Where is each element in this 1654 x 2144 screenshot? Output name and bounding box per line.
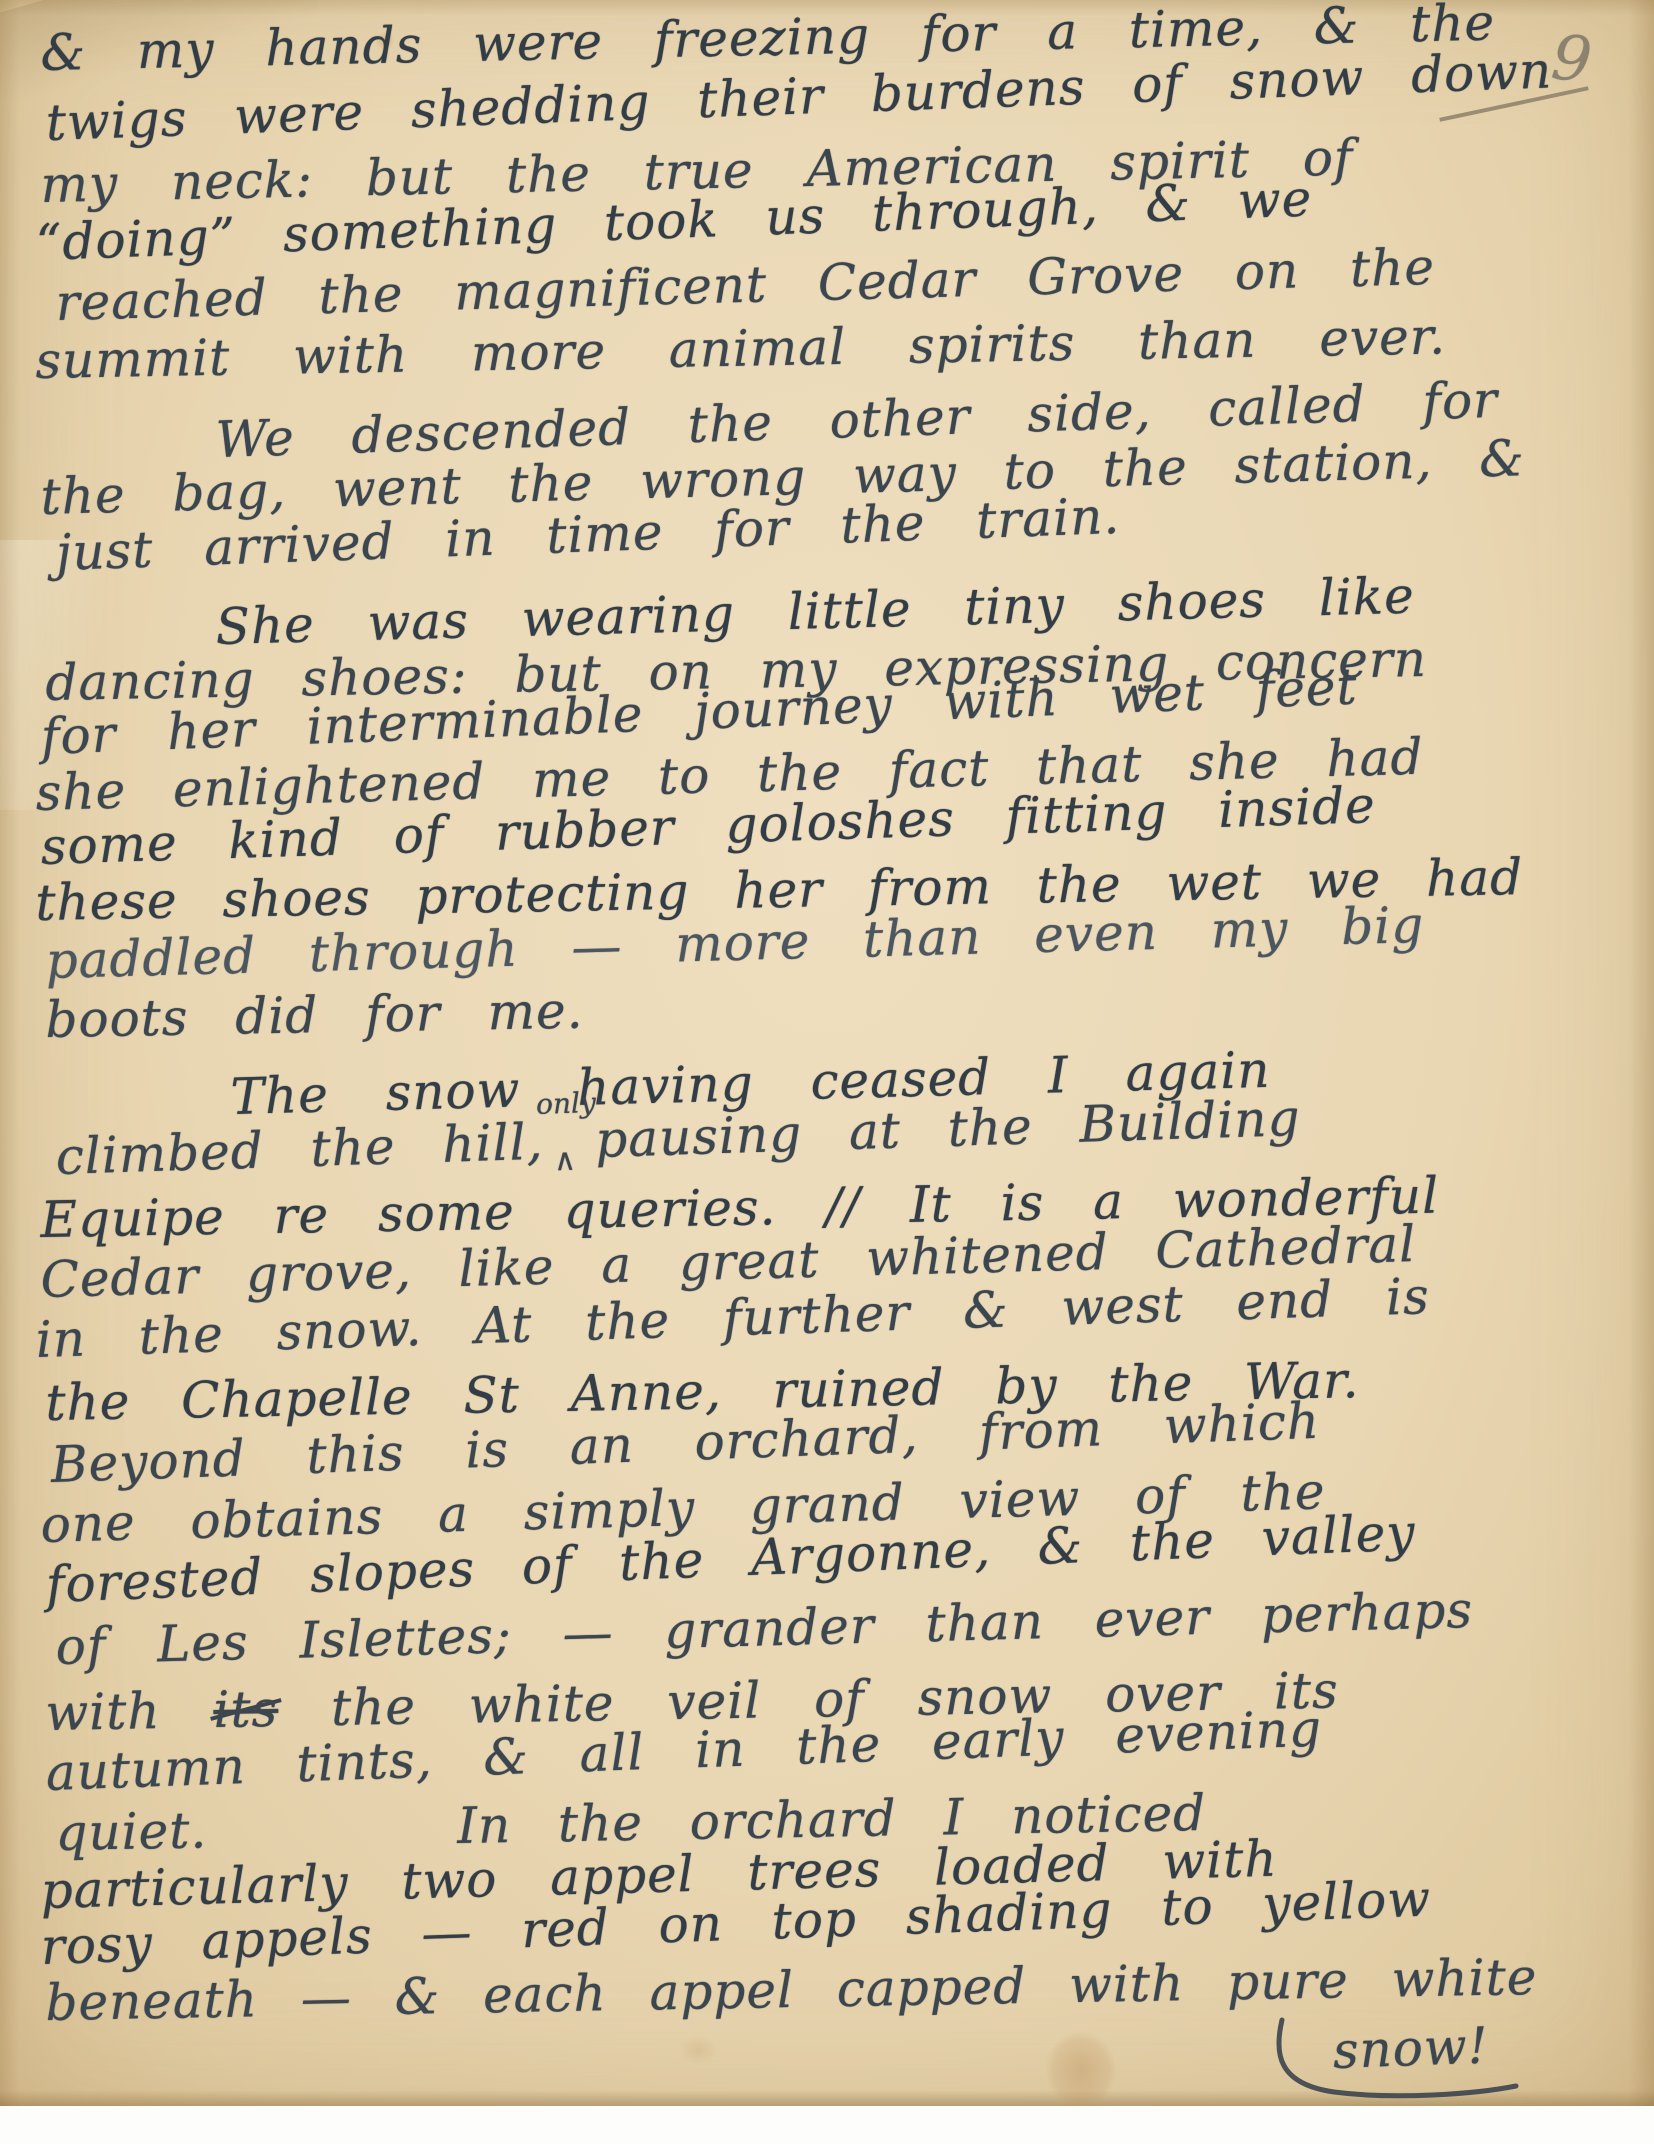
inserted-word: only: [536, 1089, 597, 1119]
scan-edge: [0, 2106, 1654, 2144]
insertion-slot: only∧: [544, 1157, 596, 1159]
scanned-letter-canvas: 9 & my hands were freezing for a time, &…: [0, 0, 1654, 2144]
insertion-caret-icon: ∧: [553, 1146, 577, 1177]
closing-word: snow!: [1332, 2021, 1490, 2076]
handwritten-line: boots did for me.: [45, 986, 584, 1045]
struck-word: its: [213, 1680, 279, 1739]
line-text-pre: with: [45, 1682, 161, 1742]
ink-stain: [672, 2030, 724, 2070]
ink-stain: [1035, 2020, 1127, 2120]
page-number: 9: [1548, 20, 1595, 97]
paper-edge-shadow: [1628, 0, 1654, 2106]
paper-edge-shadow: [0, 0, 20, 2106]
line-text-left: quiet.: [55, 1801, 208, 1862]
